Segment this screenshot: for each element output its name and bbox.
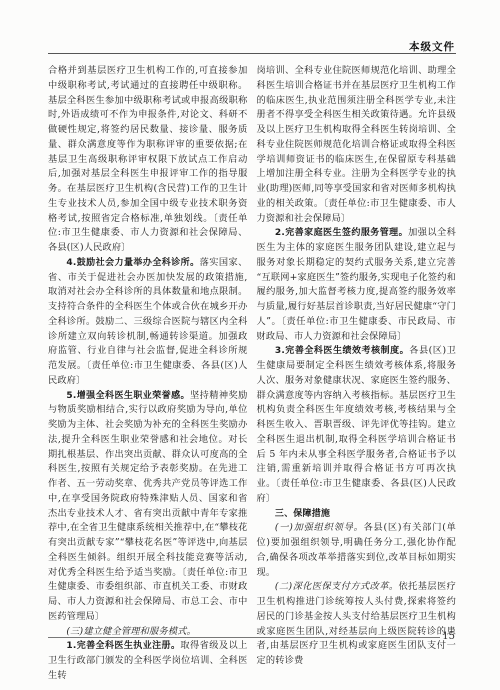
text-segment-normal: 各县(区)卫生健康局要制定全科医生绩效考核体系,将服务人次、服务对象健康状况、家… — [257, 345, 457, 504]
paragraph-safeguard-2-medical-insurance: (二)深化医保支付方式改革。依托基层医疗卫生机构推进门诊统筹按人头付费,探索将签… — [257, 580, 457, 669]
paragraph-safeguard-1-leadership: (一)加强组织领导。各县(区)有关部门(单位)要加强组织领导,明确任务分工,强化… — [257, 521, 457, 580]
text-segment-bold: 4.鼓励社会力量举办全科诊所。 — [66, 258, 199, 268]
header-rule — [48, 53, 456, 54]
paragraph-chapter-heading-safeguards: 三、保障措施 — [257, 507, 457, 522]
text-segment-normal: 岗培训、全科专业住院医师规范化培训、助理全科医生培训合格证书并在基层医疗卫生机构… — [257, 65, 457, 224]
text-segment-normal: 坚持精神奖励与物质奖励相结合,实行以政府奖励为导向,单位奖励为主体、社会奖励为补… — [48, 390, 248, 622]
paragraph-item-4-clinics: 4.鼓励社会力量举办全科诊所。落实国家、省、市关于促进社会办医加快发展的政策措施… — [48, 256, 248, 389]
text-segment-kai: (一)加强组织领导。 — [275, 522, 364, 533]
text-segment-kai: (三)建立健全管理和服务模式。 — [66, 626, 196, 637]
text-segment-normal: 落实国家、省、市关于促进社会办医加快发展的政策措施,取消对社会办全科诊所的具体数… — [48, 257, 248, 386]
text-segment-bold: 5.增强全科医生职业荣誉感。 — [66, 391, 190, 401]
text-segment-normal: 依托基层医疗卫生机构推进门诊统筹按人头付费,探索将签约居民的门诊基金按人头支付给… — [257, 581, 457, 666]
document-page: 本级文件 合格并到基层医疗卫生机构工作的,可直接参加中级职称考试,考试通过的直接… — [0, 0, 500, 690]
text-segment-kai: (二)深化医保支付方式改革。 — [275, 581, 399, 592]
document-body: 合格并到基层医疗卫生机构工作的,可直接参加中级职称考试,考试通过的直接聘任中级职… — [48, 64, 456, 684]
text-segment-normal: 加强以全科医生为主体的家庭医生服务团队建设,建立起与服务对象长期稳定的契约式服务… — [257, 227, 457, 341]
text-segment-bold: 2.完善家庭医生签约服务管理。 — [275, 228, 408, 238]
paragraph-item-5-honor: 5.增强全科医生职业荣誉感。坚持精神奖励与物质奖励相结合,实行以政府奖励为导向,… — [48, 389, 248, 625]
footer-rule — [48, 637, 440, 638]
page-header-label: 本级文件 — [409, 39, 455, 54]
paragraph-item-1-registration-continued: 岗培训、全科专业住院医师规范化培训、助理全科医生培训合格证书并在基层医疗卫生机构… — [257, 64, 457, 226]
text-column-right: 岗培训、全科专业住院医师规范化培训、助理全科医生培训合格证书并在基层医疗卫生机构… — [257, 64, 457, 684]
page-number: 15 — [442, 631, 455, 642]
text-segment-normal: 合格并到基层医疗卫生机构工作的,可直接参加中级职称考试,考试通过的直接聘任中级职… — [48, 65, 248, 253]
text-column-left: 合格并到基层医疗卫生机构工作的,可直接参加中级职称考试,考试通过的直接聘任中级职… — [48, 64, 248, 684]
text-segment-bold: 3.完善全科医生绩效考核制度。 — [275, 346, 409, 356]
text-segment-bold: 三、保障措施 — [275, 509, 330, 519]
paragraph-item-3-performance: 3.完善全科医生绩效考核制度。各县(区)卫生健康局要制定全科医生绩效考核体系,将… — [257, 344, 457, 506]
paragraph-item-2-family-doctor: 2.完善家庭医生签约服务管理。加强以全科医生为主体的家庭医生服务团队建设,建立起… — [257, 226, 457, 344]
paragraph-continuation-titles: 合格并到基层医疗卫生机构工作的,可直接参加中级职称考试,考试通过的直接聘任中级职… — [48, 64, 248, 256]
paragraph-item-1-registration: 1.完善全科医生执业注册。取得省级及以上卫生行政部门颁发的全科医学岗位培训、全科… — [48, 639, 248, 683]
text-segment-bold: 1.完善全科医生执业注册。 — [66, 641, 180, 651]
